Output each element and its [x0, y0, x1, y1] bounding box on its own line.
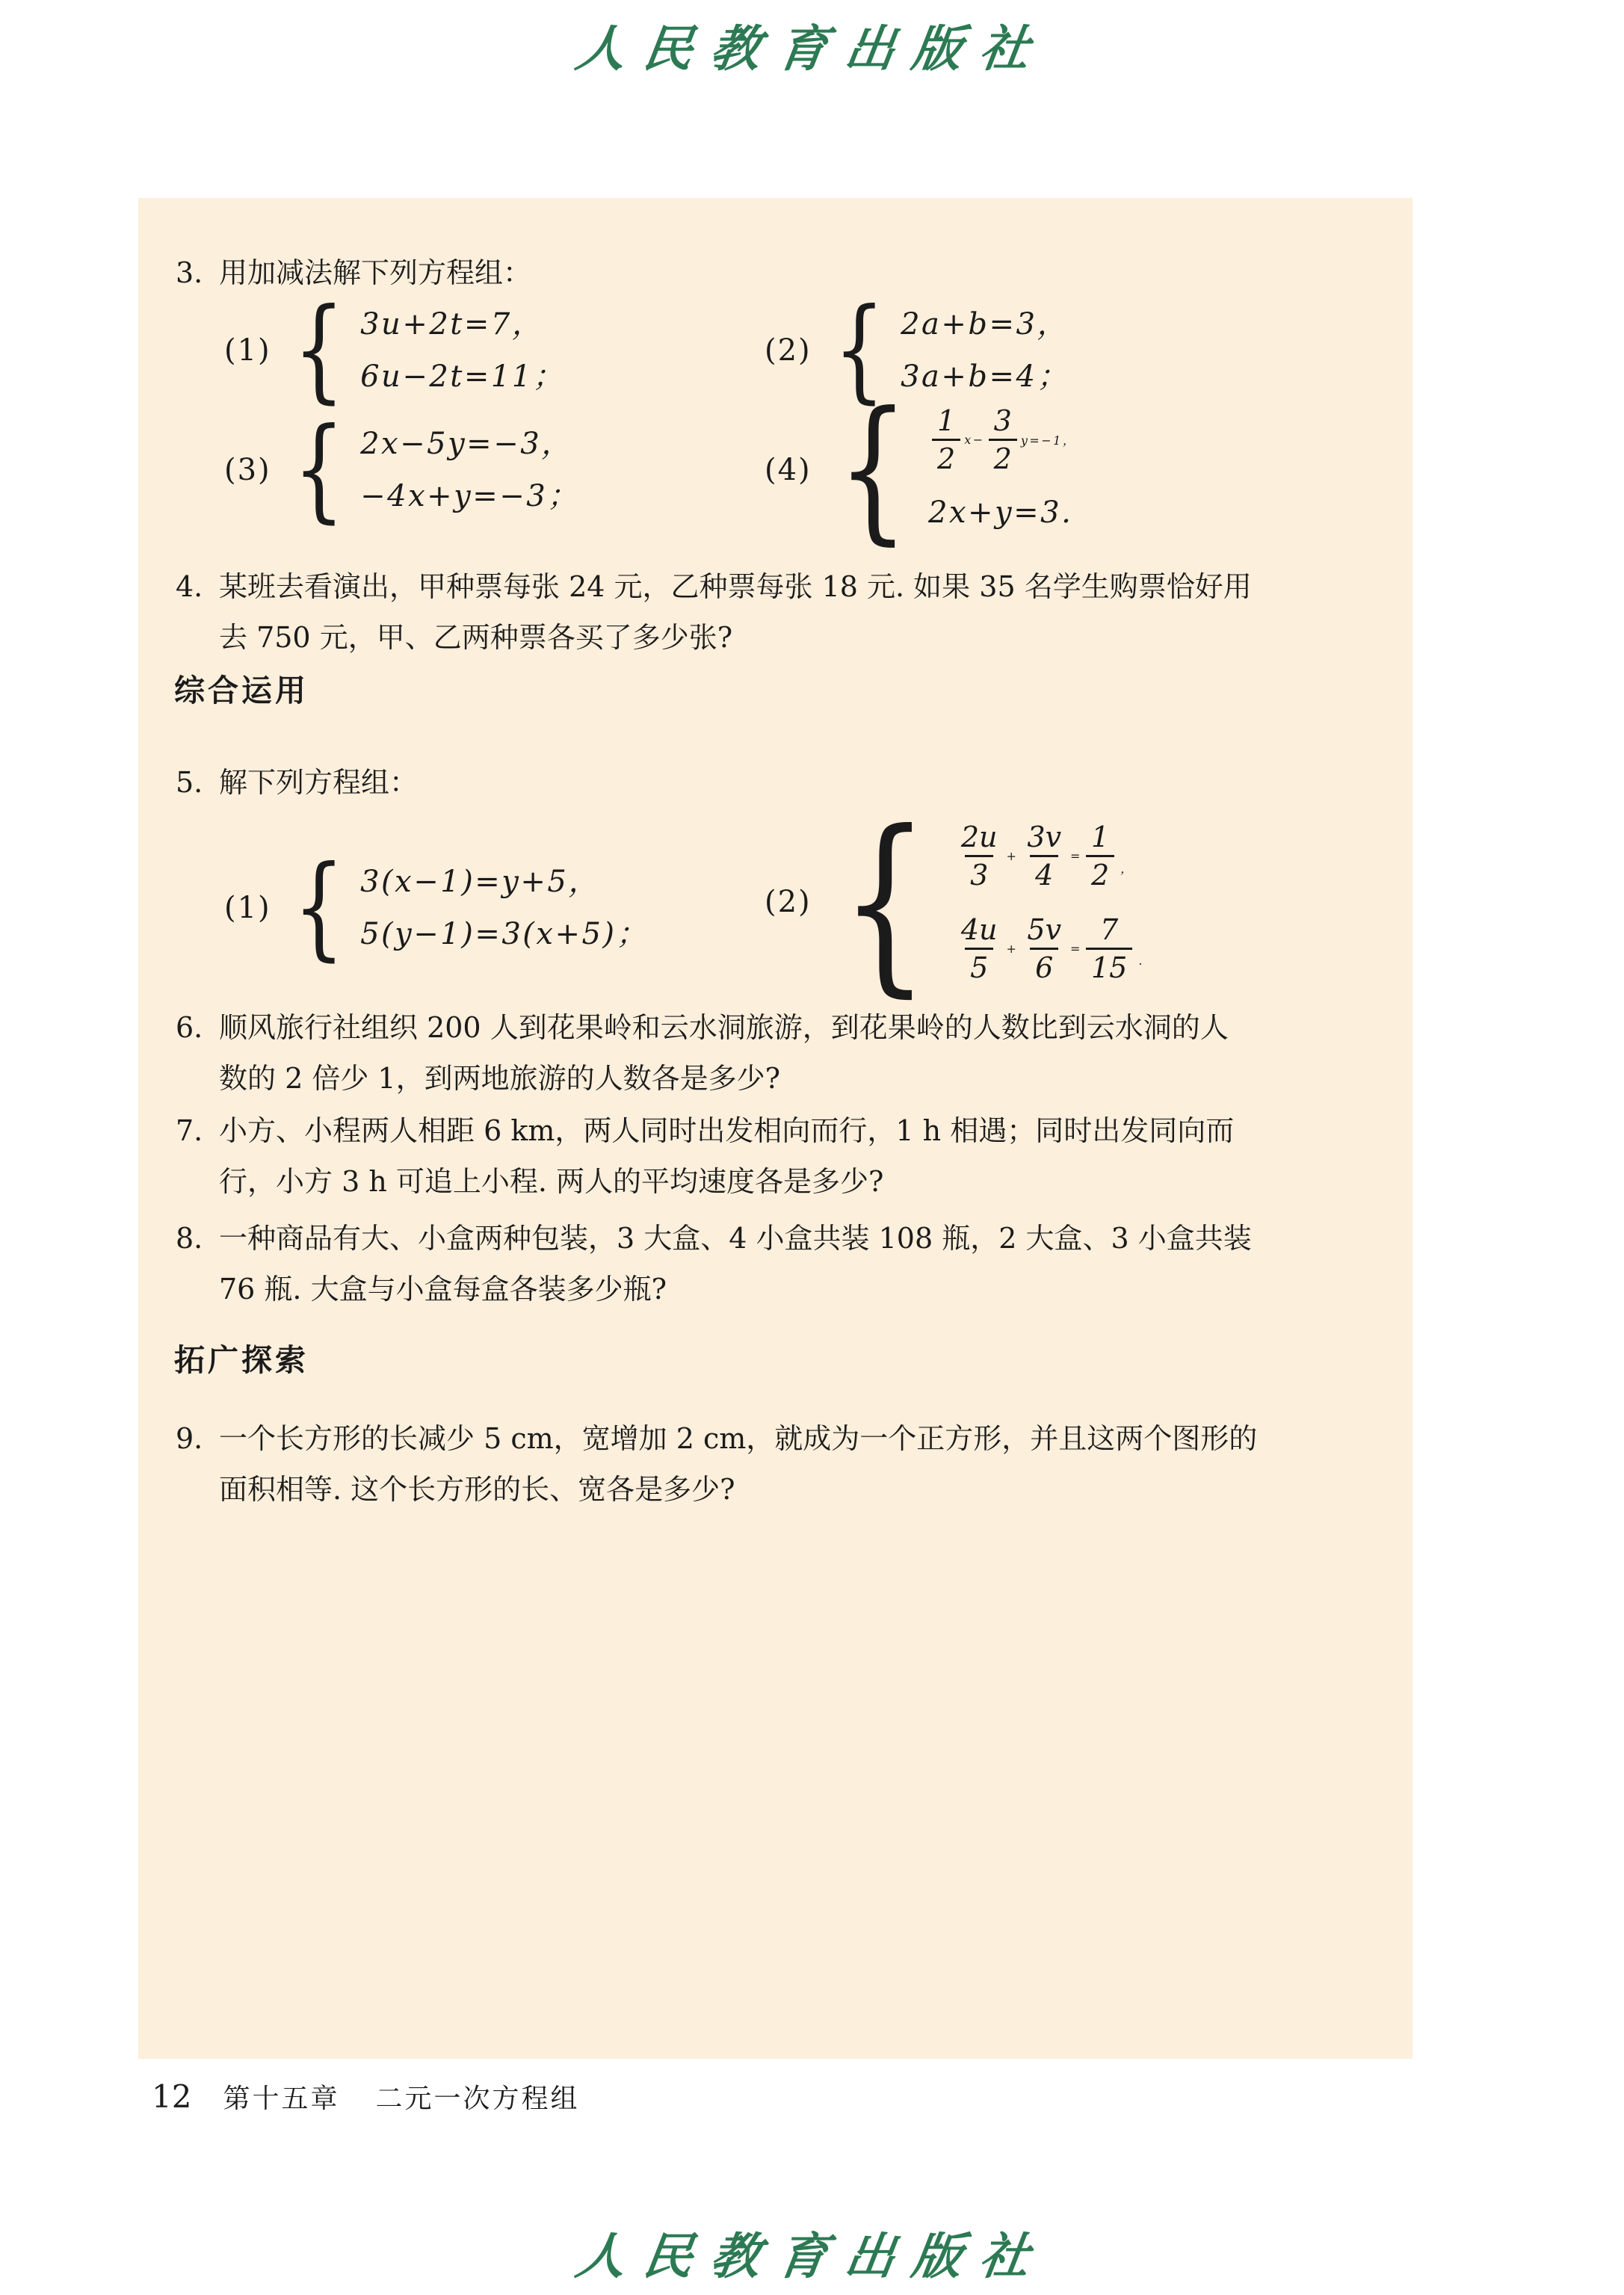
problem-text: 解下列方程组： [219, 757, 418, 808]
textbook-page: 人民教育出版社 3. 用加减法解下列方程组： (1) 3u+2t=7， 6u−2… [0, 0, 1624, 2295]
math-operator: + [1006, 942, 1018, 956]
system-equations: 2x−5y=−3， −4x+y=−3； [360, 418, 579, 522]
fraction-numerator: 7 [1095, 912, 1123, 948]
fraction-denominator: 4 [1030, 855, 1058, 893]
fraction-denominator: 3 [965, 855, 993, 893]
fraction-numerator: 2u [956, 819, 1003, 855]
problem-8: 8. 一种商品有大、小盒两种包装，3 大盒、4 小盒共装 108 瓶，2 大盒、… [176, 1213, 1252, 1315]
problem-text: 一个长方形的长减少 5 cm，宽增加 2 cm，就成为一个正方形，并且这两个图形… [219, 1413, 1257, 1515]
problem-number: 7. [176, 1105, 219, 1207]
equation-line: 6u−2t=11； [360, 350, 564, 403]
equation-system-3-1: (1) 3u+2t=7， 6u−2t=11； [224, 295, 564, 405]
fraction: 1 2 [932, 403, 960, 477]
system-label: (3) [224, 453, 271, 487]
equation-line: −4x+y=−3； [360, 470, 579, 522]
publisher-logo-bottom: 人民教育出版社 [572, 2217, 1052, 2288]
page-number: 12 [152, 2078, 191, 2115]
equation-line: 3(x−1)=y+5， [360, 856, 648, 908]
publisher-logo-top: 人民教育出版社 [572, 9, 1052, 80]
equation-system-5-1: (1) 3(x−1)=y+5， 5(y−1)=3(x+5)； [224, 853, 648, 963]
fraction-numerator: 3 [989, 403, 1017, 439]
problem-number: 4. [176, 561, 219, 663]
problem-text: 一种商品有大、小盒两种包装，3 大盒、4 小盒共装 108 瓶，2 大盒、3 小… [219, 1213, 1252, 1315]
chapter-title: 二元一次方程组 [375, 2078, 579, 2116]
system-equations: 3(x−1)=y+5， 5(y−1)=3(x+5)； [360, 856, 648, 960]
equation-line: 1 2 x− 3 2 y=−1， [928, 401, 1076, 479]
problem-text: 顺风旅行社组织 200 人到花果岭和云水洞旅游，到花果岭的人数比到云水洞的人 数… [219, 1002, 1229, 1104]
system-brace [837, 394, 908, 546]
fraction-numerator: 5v [1022, 912, 1066, 948]
fraction-denominator: 2 [1086, 855, 1114, 893]
fraction: 7 15 [1086, 912, 1132, 986]
fraction: 5v 6 [1022, 912, 1066, 986]
fraction: 3 2 [989, 403, 1017, 477]
problem-number: 6. [176, 1002, 219, 1104]
fraction-numerator: 3v [1022, 819, 1066, 855]
system-equations: 2u 3 + 3v 4 = 1 2 ， [952, 817, 1144, 987]
system-label: (2) [765, 885, 812, 919]
problem-3: 3. 用加减法解下列方程组： [176, 247, 531, 298]
system-brace [293, 415, 345, 525]
system-brace [293, 853, 345, 963]
section-header-comprehensive-application: 综合运用 [174, 666, 309, 710]
fraction-numerator: 1 [932, 403, 960, 439]
fraction-denominator: 2 [989, 439, 1017, 477]
fraction: 2u 3 [956, 819, 1003, 893]
equation-line: 4u 5 + 5v 6 = 7 15 . [952, 909, 1144, 987]
fraction: 3v 4 [1022, 819, 1066, 893]
problem-number: 9. [176, 1413, 219, 1515]
equation-line: 2a+b=3， [901, 298, 1069, 350]
math-operator: + [1006, 849, 1018, 863]
system-label: (4) [765, 453, 812, 487]
equation-system-3-2: (2) 2a+b=3， 3a+b=4； [765, 295, 1069, 405]
problem-number: 8. [176, 1213, 219, 1315]
problem-number: 3. [176, 247, 219, 298]
math-punctuation: ， [1120, 859, 1134, 877]
system-equations: 3u+2t=7， 6u−2t=11； [360, 298, 564, 403]
math-text: y=−1， [1021, 431, 1077, 448]
exercise-panel: 3. 用加减法解下列方程组： (1) 3u+2t=7， 6u−2t=11； (2… [138, 198, 1412, 2059]
equation-line: 2x−5y=−3， [360, 418, 579, 470]
math-text: x− [964, 433, 984, 447]
problem-9: 9. 一个长方形的长减少 5 cm，宽增加 2 cm，就成为一个正方形，并且这两… [176, 1413, 1257, 1515]
problem-6: 6. 顺风旅行社组织 200 人到花果岭和云水洞旅游，到花果岭的人数比到云水洞的… [176, 1002, 1229, 1104]
problem-4: 4. 某班去看演出，甲种票每张 24 元，乙种票每张 18 元. 如果 35 名… [176, 561, 1252, 663]
math-punctuation: . [1138, 954, 1144, 968]
fraction-denominator: 2 [932, 439, 960, 477]
problem-5: 5. 解下列方程组： [176, 757, 418, 808]
equation-line: 2u 3 + 3v 4 = 1 2 ， [952, 817, 1144, 895]
equation-system-3-4: (4) 1 2 x− 3 2 y=−1， 2x+y=3. [765, 394, 1076, 546]
problem-text: 小方、小程两人相距 6 km，两人同时出发相向而行，1 h 相遇；同时出发同向而… [219, 1105, 1234, 1207]
fraction-numerator: 1 [1086, 819, 1114, 855]
problem-text: 某班去看演出，甲种票每张 24 元，乙种票每张 18 元. 如果 35 名学生购… [219, 561, 1252, 663]
fraction: 1 2 [1086, 819, 1114, 893]
math-operator: = [1070, 942, 1082, 956]
equation-line: 3u+2t=7， [360, 298, 564, 350]
fraction-numerator: 4u [956, 912, 1003, 948]
math-operator: = [1070, 849, 1082, 863]
system-label: (1) [224, 333, 271, 368]
problem-text: 用加减法解下列方程组： [219, 247, 531, 298]
equation-line: 2x+y=3. [928, 487, 1076, 539]
system-equations: 2a+b=3， 3a+b=4； [901, 298, 1069, 403]
section-header-extension-exploration: 拓广探索 [174, 1335, 309, 1380]
fraction-denominator: 15 [1086, 948, 1132, 986]
system-brace [841, 808, 929, 997]
system-label: (1) [224, 891, 271, 925]
equation-system-3-3: (3) 2x−5y=−3， −4x+y=−3； [224, 415, 579, 525]
fraction-denominator: 6 [1030, 948, 1058, 986]
system-label: (2) [765, 333, 812, 368]
equation-system-5-2: (2) 2u 3 + 3v 4 = 1 2 [765, 808, 1144, 997]
system-equations: 1 2 x− 3 2 y=−1， 2x+y=3. [928, 401, 1076, 539]
chapter-label: 第十五章 [223, 2078, 339, 2116]
problem-7: 7. 小方、小程两人相距 6 km，两人同时出发相向而行，1 h 相遇；同时出发… [176, 1105, 1234, 1207]
page-footer: 12 第十五章 二元一次方程组 [152, 2078, 579, 2116]
fraction: 4u 5 [956, 912, 1003, 986]
problem-number: 5. [176, 757, 219, 808]
fraction-denominator: 5 [965, 948, 993, 986]
system-brace [293, 295, 345, 405]
equation-line: 5(y−1)=3(x+5)； [360, 908, 648, 960]
